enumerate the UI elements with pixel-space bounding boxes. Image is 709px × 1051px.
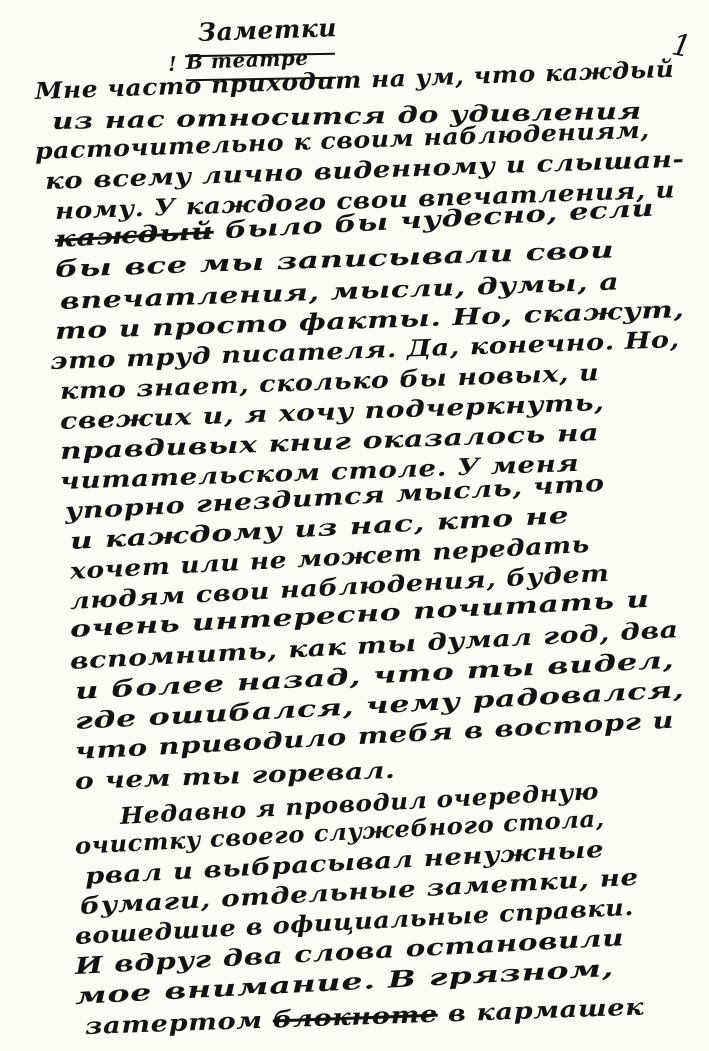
manuscript-page: 1 Заметки ! В театре Мне часто приходит … <box>0 0 709 1051</box>
manuscript-line: о чем ты горевал. <box>75 759 396 793</box>
subtitle-marker: ! <box>168 54 178 74</box>
document-title: Заметки <box>198 15 338 45</box>
manuscript-line: Мне часто приходит на ум, что каждый <box>35 58 675 103</box>
struck-word: блокноте <box>272 1001 438 1034</box>
